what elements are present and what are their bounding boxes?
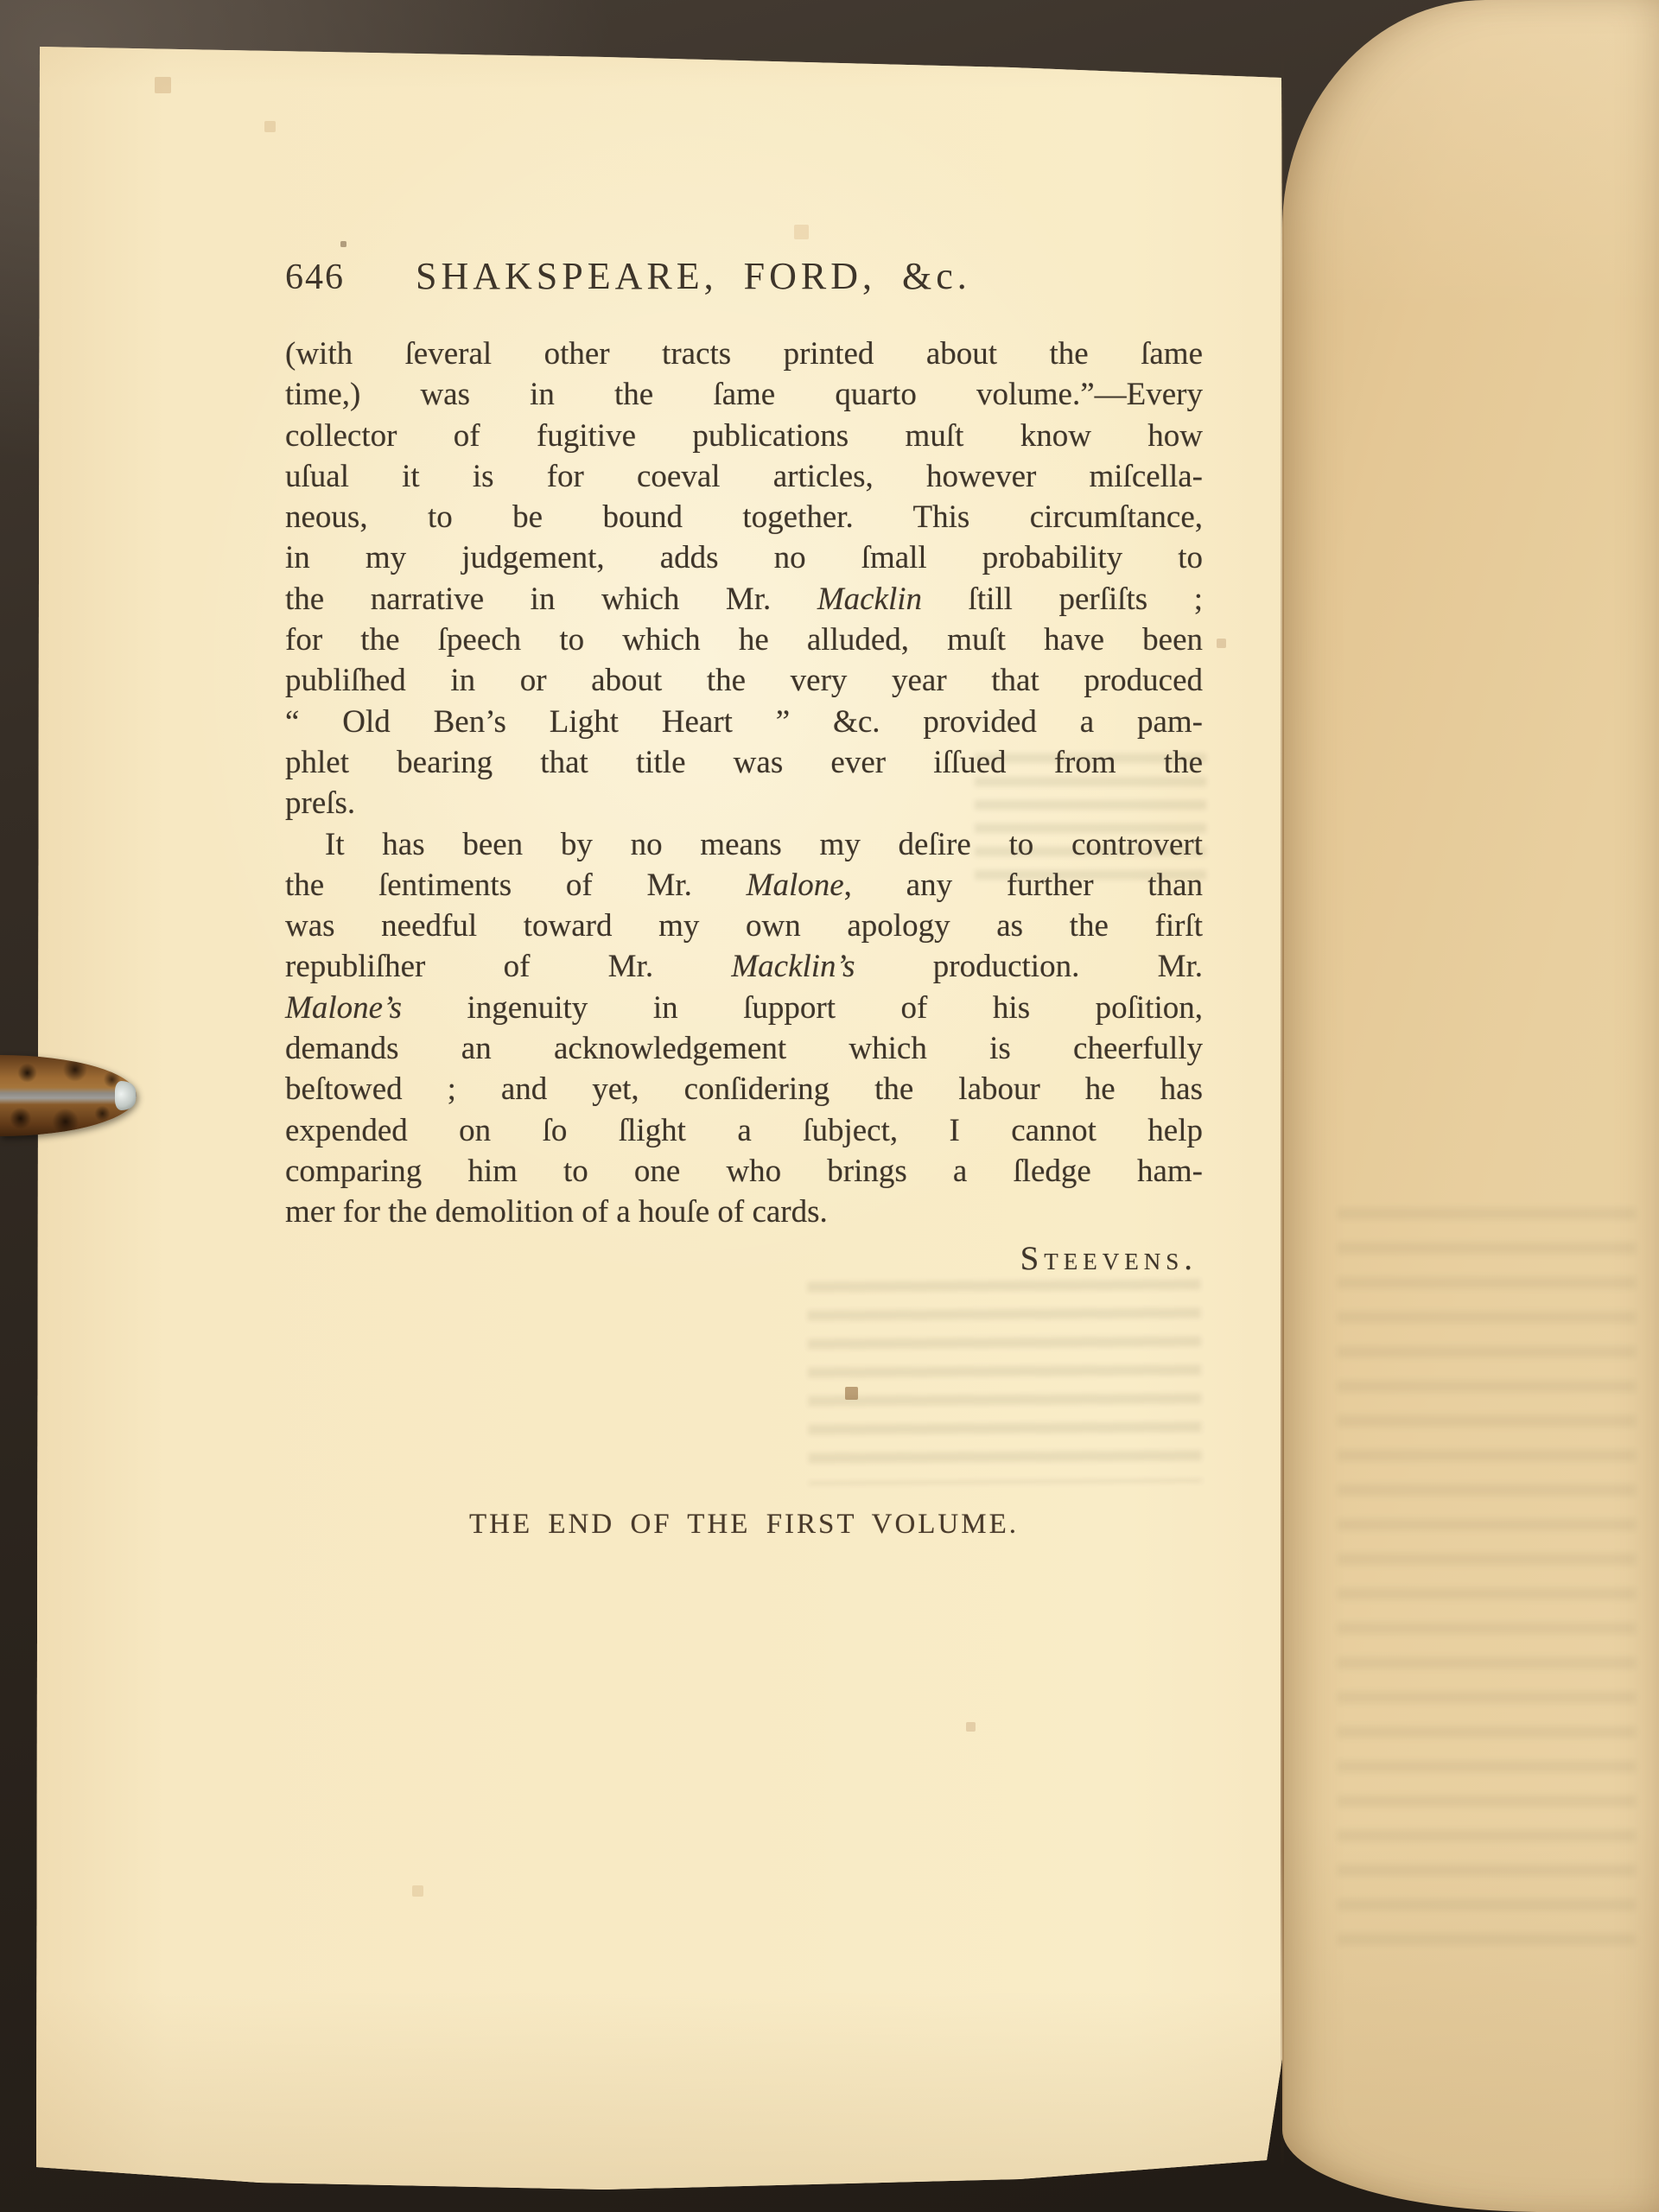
text-line: mer for the demolition of a houſe of car… [285, 1192, 1203, 1232]
text-segment: “ Old Ben’s Light Heart ” &c. provided a… [285, 704, 1203, 740]
book-photo: 646 SHAKSPEARE, FORD, &c. (with ſeveral … [0, 0, 1659, 2212]
text-line: publiſhed in or about the very year that… [285, 660, 1203, 701]
show-through-text [807, 1279, 1202, 1484]
text-line: uſual it is for coeval articles, however… [285, 456, 1203, 497]
page-number: 646 [285, 257, 345, 298]
text-segment: demands an acknowledgement which is chee… [285, 1031, 1203, 1066]
text-segment: for the ſpeech to which he alluded, muſt… [285, 622, 1203, 658]
text-line: comparing him to one who brings a ſledge… [285, 1151, 1203, 1192]
text-segment: republiſher of Mr. [285, 949, 731, 984]
body-text: (with ſeveral other tracts printed about… [285, 334, 1203, 1279]
text-segment: ſtill perſiſts ; [922, 582, 1203, 617]
text-segment: It has been by no means my deſire to con… [325, 827, 1203, 862]
text-segment: neous, to be bound together. This circum… [285, 499, 1203, 535]
page-header: 646 SHAKSPEARE, FORD, &c. [285, 254, 1203, 298]
text-segment: , any further than [844, 868, 1203, 903]
text-line: was needful toward my own apology as the… [285, 906, 1203, 946]
italic-text: Macklin [817, 582, 922, 617]
text-segment: uſual it is for coeval articles, however… [285, 459, 1203, 494]
text-segment: was needful toward my own apology as the… [285, 908, 1203, 944]
text-segment: the narrative in which Mr. [285, 582, 817, 617]
text-segment: comparing him to one who brings a ſledge… [285, 1154, 1203, 1189]
text-line: collector of fugitive publications muſt … [285, 416, 1203, 456]
text-line: demands an acknowledgement which is chee… [285, 1028, 1203, 1069]
paragraph: (with ſeveral other tracts printed about… [285, 334, 1203, 824]
text-segment: collector of fugitive publications muſt … [285, 418, 1203, 454]
paragraph: It has been by no means my deſire to con… [285, 824, 1203, 1233]
text-segment: phlet bearing that title was ever iſſued… [285, 745, 1203, 780]
running-title: SHAKSPEARE, FORD, &c. [416, 254, 971, 298]
text-line: the narrative in which Mr. Macklin ſtill… [285, 579, 1203, 620]
italic-text: Malone [747, 868, 844, 903]
text-line: phlet bearing that title was ever iſſued… [285, 742, 1203, 783]
text-line: preſs. [285, 783, 1203, 823]
text-segment: publiſhed in or about the very year that… [285, 663, 1203, 698]
text-segment: expended on ſo ſlight a ſubject, I canno… [285, 1113, 1203, 1148]
text-line: republiſher of Mr. Macklin’s production.… [285, 946, 1203, 987]
text-line: time,) was in the ſame quarto volume.”—E… [285, 374, 1203, 415]
text-segment: ingenuity in ſupport of his poſition, [402, 990, 1203, 1026]
text-segment: mer for the demolition of a houſe of car… [285, 1194, 828, 1230]
foxing-speck [0, 0, 1, 1]
text-segment: beſtowed ; and yet, conſidering the labo… [285, 1071, 1203, 1107]
italic-text: Macklin’s [731, 949, 855, 984]
text-line: Malone’s ingenuity in ſupport of his poſ… [285, 988, 1203, 1028]
volume-end-line: THE END OF THE FIRST VOLUME. [285, 1509, 1203, 1541]
italic-text: Malone’s [285, 990, 402, 1026]
show-through-text [1338, 1208, 1636, 1968]
text-line: beſtowed ; and yet, conſidering the labo… [285, 1069, 1203, 1109]
text-line: It has been by no means my deſire to con… [285, 824, 1203, 865]
text-line: for the ſpeech to which he alluded, muſt… [285, 620, 1203, 660]
text-line: “ Old Ben’s Light Heart ” &c. provided a… [285, 702, 1203, 742]
text-segment: preſs. [285, 785, 355, 821]
text-line: expended on ſo ſlight a ſubject, I canno… [285, 1110, 1203, 1151]
text-segment: (with ſeveral other tracts printed about… [285, 336, 1203, 372]
text-segment: in my judgement, adds no ſmall probabili… [285, 540, 1203, 575]
text-segment: time,) was in the ſame quarto volume.”—E… [285, 377, 1203, 412]
text-line: neous, to be bound together. This circum… [285, 497, 1203, 537]
text-line: in my judgement, adds no ſmall probabili… [285, 537, 1203, 578]
text-segment: the ſentiments of Mr. [285, 868, 747, 903]
signature-steevens: Steevens. [285, 1238, 1203, 1279]
text-line: the ſentiments of Mr. Malone, any furthe… [285, 865, 1203, 906]
text-segment: production. Mr. [855, 949, 1203, 984]
page-crease [1281, 52, 1284, 2169]
text-line: (with ſeveral other tracts printed about… [285, 334, 1203, 374]
